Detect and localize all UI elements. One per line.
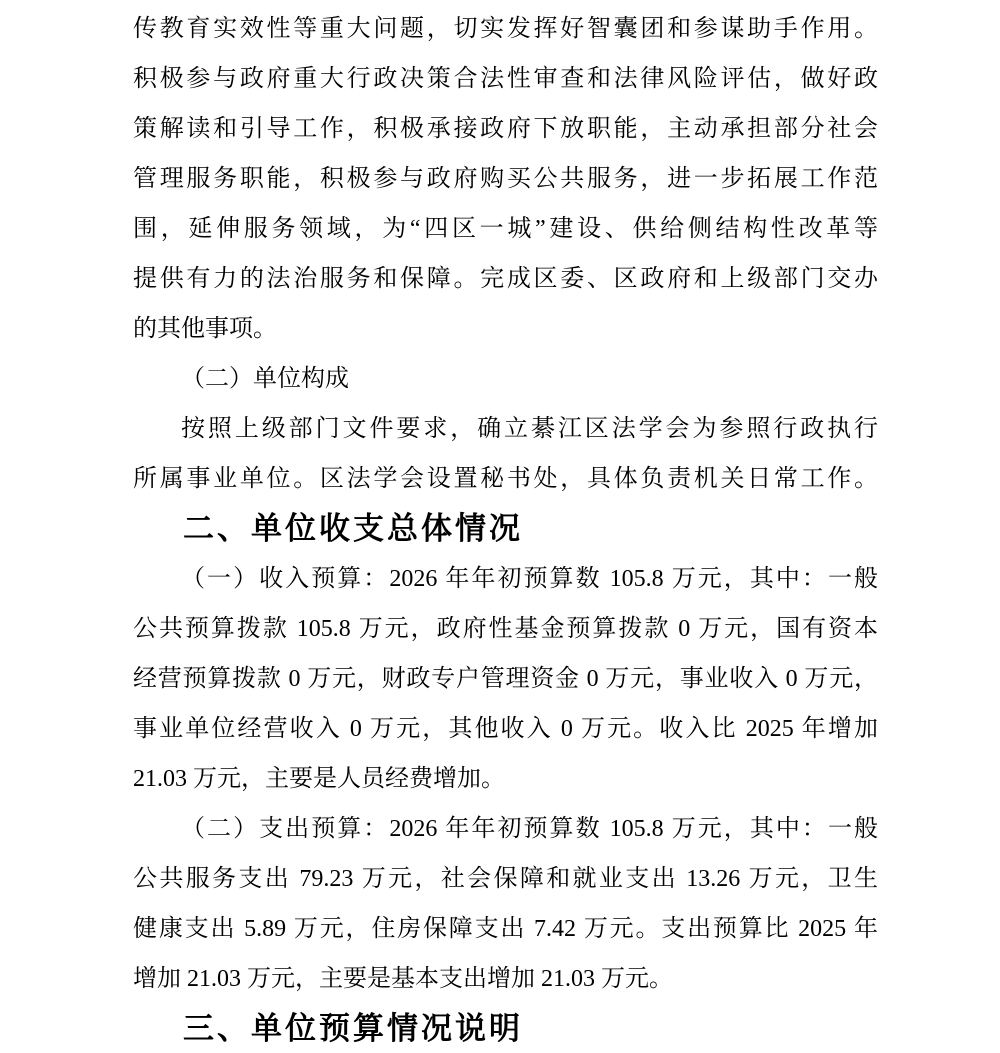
text-line: 按照上级部门文件要求，确立綦江区法学会为参照行政执行 xyxy=(133,404,878,454)
paragraph-income-budget: （一）收入预算：2026 年年初预算数 105.8 万元，其中：一般 公共预算拨… xyxy=(133,554,878,804)
text-line: （二）支出预算：2026 年年初预算数 105.8 万元，其中：一般 xyxy=(133,804,878,854)
heading-budget-explanation: 三、单位预算情况说明 xyxy=(133,1004,878,1053)
text-line: 21.03 万元，主要是人员经费增加。 xyxy=(133,754,878,804)
heading-income-expense-overview: 二、单位收支总体情况 xyxy=(133,504,878,554)
text-line: 增加 21.03 万元，主要是基本支出增加 21.03 万元。 xyxy=(133,954,878,1004)
paragraph-heading-income-expense-overview: 二、单位收支总体情况 xyxy=(133,504,878,554)
text-line: 围，延伸服务领域，为“四区一城”建设、供给侧结构性改革等 xyxy=(133,204,878,254)
text-line: 积极参与政府重大行政决策合法性审查和法律风险评估，做好政 xyxy=(133,54,878,104)
paragraph-heading-budget-explanation: 三、单位预算情况说明 xyxy=(133,1004,878,1053)
text-line: 公共预算拨款 105.8 万元，政府性基金预算拨款 0 万元，国有资本 xyxy=(133,604,878,654)
text-line: （一）收入预算：2026 年年初预算数 105.8 万元，其中：一般 xyxy=(133,554,878,604)
text-line: 事业单位经营收入 0 万元，其他收入 0 万元。收入比 2025 年增加 xyxy=(133,704,878,754)
paragraph-expense-budget: （二）支出预算：2026 年年初预算数 105.8 万元，其中：一般 公共服务支… xyxy=(133,804,878,1004)
paragraph-continuation-duties: 传教育实效性等重大问题，切实发挥好智囊团和参谋助手作用。 积极参与政府重大行政决… xyxy=(133,4,878,354)
paragraph-subheading-unit-composition: （二）单位构成 xyxy=(133,354,878,404)
text-line: 管理服务职能，积极参与政府购买公共服务，进一步拓展工作范 xyxy=(133,154,878,204)
document-content: 传教育实效性等重大问题，切实发挥好智囊团和参谋助手作用。 积极参与政府重大行政决… xyxy=(133,4,878,1053)
text-line: 策解读和引导工作，积极承接政府下放职能，主动承担部分社会 xyxy=(133,104,878,154)
text-line: 公共服务支出 79.23 万元，社会保障和就业支出 13.26 万元，卫生 xyxy=(133,854,878,904)
text-line: 所属事业单位。区法学会设置秘书处，具体负责机关日常工作。 xyxy=(133,454,878,504)
text-line: 健康支出 5.89 万元，住房保障支出 7.42 万元。支出预算比 2025 年 xyxy=(133,904,878,954)
text-line: 经营预算拨款 0 万元，财政专户管理资金 0 万元，事业收入 0 万元， xyxy=(133,654,878,704)
text-line: 提供有力的法治服务和保障。完成区委、区政府和上级部门交办 xyxy=(133,254,878,304)
subheading-unit-composition: （二）单位构成 xyxy=(133,354,878,404)
text-line: 传教育实效性等重大问题，切实发挥好智囊团和参谋助手作用。 xyxy=(133,4,878,54)
paragraph-unit-composition-body: 按照上级部门文件要求，确立綦江区法学会为参照行政执行 所属事业单位。区法学会设置… xyxy=(133,404,878,504)
text-line: 的其他事项。 xyxy=(133,304,878,354)
document-page: 传教育实效性等重大问题，切实发挥好智囊团和参谋助手作用。 积极参与政府重大行政决… xyxy=(0,0,1000,1053)
